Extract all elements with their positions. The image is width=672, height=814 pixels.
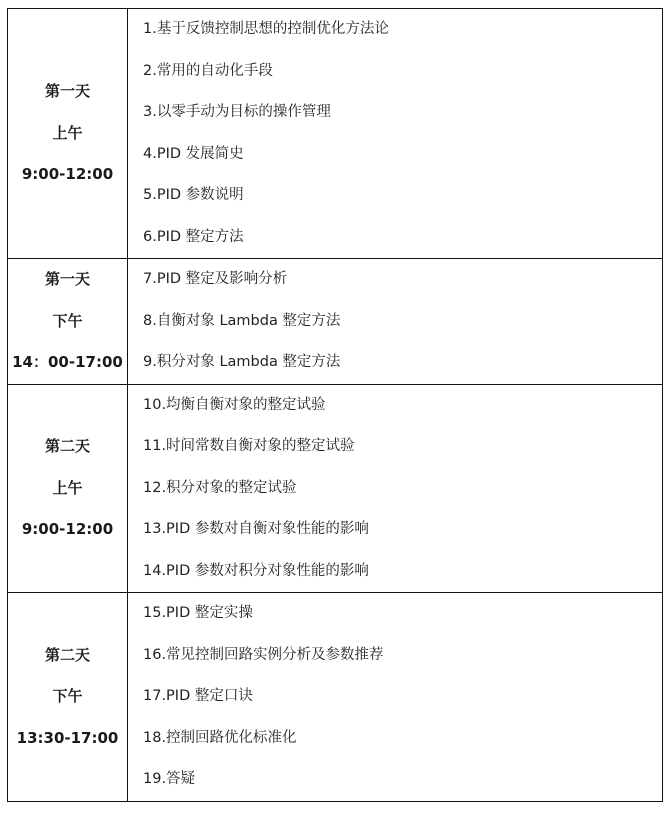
session-time-cell: 第一天 下午 14：00-17:00 — [8, 259, 128, 385]
session-day: 第一天 — [8, 71, 127, 113]
topic-item: 6.PID 整定方法 — [143, 217, 662, 259]
topic-item: 19.答疑 — [143, 759, 662, 801]
session-period: 下午 — [8, 676, 127, 718]
topic-item: 16.常见控制回路实例分析及参数推荐 — [143, 635, 662, 677]
topic-item: 5.PID 参数说明 — [143, 175, 662, 217]
training-schedule-table: 第一天 上午 9:00-12:00 1.基于反馈控制思想的控制优化方法论 2.常… — [7, 8, 663, 802]
session-topics-cell: 15.PID 整定实操 16.常见控制回路实例分析及参数推荐 17.PID 整定… — [128, 593, 663, 802]
topic-item: 10.均衡自衡对象的整定试验 — [143, 385, 662, 427]
topic-item: 17.PID 整定口诀 — [143, 676, 662, 718]
topic-item: 11.时间常数自衡对象的整定试验 — [143, 426, 662, 468]
topic-item: 1.基于反馈控制思想的控制优化方法论 — [143, 9, 662, 51]
session-row-day2-morning: 第二天 上午 9:00-12:00 10.均衡自衡对象的整定试验 11.时间常数… — [8, 384, 663, 593]
session-time: 9:00-12:00 — [8, 154, 127, 196]
session-period: 下午 — [8, 301, 127, 343]
topic-item: 2.常用的自动化手段 — [143, 51, 662, 93]
topic-item: 13.PID 参数对自衡对象性能的影响 — [143, 509, 662, 551]
session-time-cell: 第二天 下午 13:30-17:00 — [8, 593, 128, 802]
topic-item: 14.PID 参数对积分对象性能的影响 — [143, 551, 662, 593]
session-period: 上午 — [8, 468, 127, 510]
topic-item: 4.PID 发展简史 — [143, 134, 662, 176]
session-time: 14：00-17:00 — [8, 342, 127, 384]
session-period: 上午 — [8, 113, 127, 155]
topic-item: 12.积分对象的整定试验 — [143, 468, 662, 510]
topic-item: 9.积分对象 Lambda 整定方法 — [143, 342, 662, 384]
session-topics-cell: 10.均衡自衡对象的整定试验 11.时间常数自衡对象的整定试验 12.积分对象的… — [128, 384, 663, 593]
session-day: 第一天 — [8, 259, 127, 301]
session-topics-cell: 1.基于反馈控制思想的控制优化方法论 2.常用的自动化手段 3.以零手动为目标的… — [128, 9, 663, 259]
session-day: 第二天 — [8, 635, 127, 677]
topic-item: 15.PID 整定实操 — [143, 593, 662, 635]
session-row-day2-afternoon: 第二天 下午 13:30-17:00 15.PID 整定实操 16.常见控制回路… — [8, 593, 663, 802]
topic-item: 7.PID 整定及影响分析 — [143, 259, 662, 301]
session-time-cell: 第二天 上午 9:00-12:00 — [8, 384, 128, 593]
session-day: 第二天 — [8, 426, 127, 468]
session-topics-cell: 7.PID 整定及影响分析 8.自衡对象 Lambda 整定方法 9.积分对象 … — [128, 259, 663, 385]
session-time-cell: 第一天 上午 9:00-12:00 — [8, 9, 128, 259]
session-row-day1-morning: 第一天 上午 9:00-12:00 1.基于反馈控制思想的控制优化方法论 2.常… — [8, 9, 663, 259]
topic-item: 18.控制回路优化标准化 — [143, 718, 662, 760]
topic-item: 3.以零手动为目标的操作管理 — [143, 92, 662, 134]
session-time: 9:00-12:00 — [8, 509, 127, 551]
session-row-day1-afternoon: 第一天 下午 14：00-17:00 7.PID 整定及影响分析 8.自衡对象 … — [8, 259, 663, 385]
session-time: 13:30-17:00 — [8, 718, 127, 760]
topic-item: 8.自衡对象 Lambda 整定方法 — [143, 301, 662, 343]
